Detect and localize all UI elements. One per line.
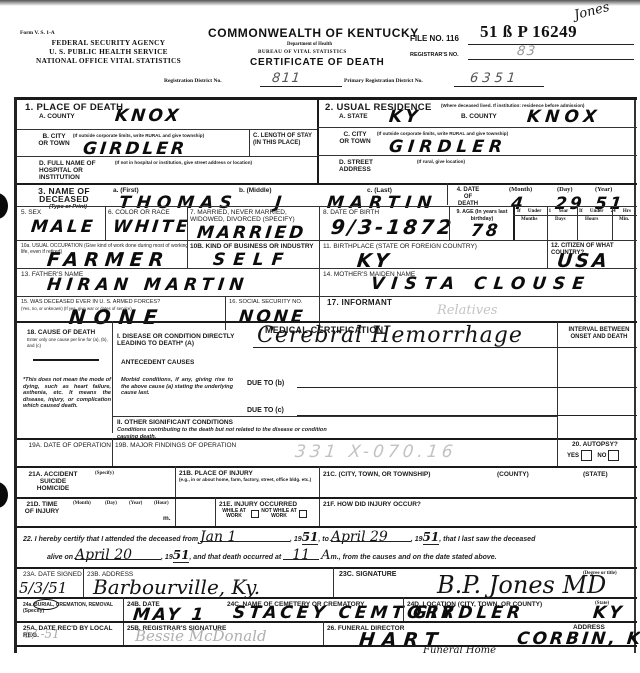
injury-city-label: 21c. (CITY, TOWN, OR TOWNSHIP) xyxy=(323,471,430,478)
agency-block: FEDERAL SECURITY AGENCY U. S. PUBLIC HEA… xyxy=(16,38,201,65)
col-divider xyxy=(403,597,404,621)
autopsy-yes-label: YES xyxy=(567,453,579,459)
form-header: Form V. S. 1-A FEDERAL SECURITY AGENCY U… xyxy=(14,26,634,96)
not-while-at-work-label: NOT WHILE AT WORK xyxy=(261,509,297,519)
antecedent-label: ANTECEDENT CAUSES xyxy=(121,359,194,366)
pod-institution-note: (If not in hospital or institution, give… xyxy=(115,160,313,166)
registrar-no-label: REGISTRAR'S NO. xyxy=(410,52,459,58)
col-divider xyxy=(187,240,188,268)
attest-text: 22. I hereby certify that I attended the… xyxy=(23,536,198,543)
place-of-injury-note: (e.g., in or about home, farm, factory, … xyxy=(179,477,319,483)
file-no-line xyxy=(468,44,634,45)
rule xyxy=(17,567,637,569)
other-conditions-label: II. OTHER SIGNIFICANT CONDITIONS xyxy=(117,419,233,426)
primary-district-value: 6351 xyxy=(469,71,520,86)
rule xyxy=(317,127,637,128)
date-recd-value: 5/ -51 xyxy=(25,627,60,641)
months-label: Months xyxy=(521,217,537,222)
col-divider xyxy=(225,296,226,330)
form-id: Form V. S. 1-A xyxy=(20,30,55,36)
informant-label: 17. INFORMANT xyxy=(327,298,392,308)
rule xyxy=(513,215,637,216)
primary-district-line xyxy=(454,86,544,87)
attest-text: m., from the causes and on the date stat… xyxy=(331,554,497,561)
res-street-note: (If rural, give location) xyxy=(417,159,465,165)
col-divider xyxy=(323,621,324,645)
col-divider xyxy=(557,438,558,466)
reg-district-line xyxy=(260,86,342,87)
op-findings-label: 19b. MAJOR FINDINGS OF OPERATION xyxy=(115,442,236,449)
attest-from-year: 51 xyxy=(302,530,319,545)
pod-institution-label: d. FULL NAME OF HOSPITAL OR INSTITUTION xyxy=(39,160,113,181)
how-injury-label: 21f. HOW DID INJURY OCCUR? xyxy=(323,501,421,508)
injury-state-label: (STATE) xyxy=(583,471,608,478)
name-note: (Type or Print) xyxy=(49,204,87,211)
rule xyxy=(17,240,637,241)
registrar-sig-value: Bessie McDonald xyxy=(135,627,267,645)
rule xyxy=(17,597,637,599)
autopsy-no-checkbox[interactable] xyxy=(608,450,619,461)
agency-line: FEDERAL SECURITY AGENCY xyxy=(16,38,201,47)
rule xyxy=(17,156,317,157)
hole-punch-bottom xyxy=(0,482,8,508)
pod-city-label: b. CITY OR TOWN xyxy=(37,133,71,147)
accident-label: 21a. ACCIDENT SUICIDE HOMICIDE xyxy=(23,471,83,492)
cause-footnote: *This does not mean the mode of dying, s… xyxy=(23,377,111,410)
cause-note: Enter only one cause per line for (a), (… xyxy=(27,337,111,349)
name-label: 3. NAME OF DECEASED xyxy=(25,187,103,203)
col-divider xyxy=(319,466,320,526)
res-state-label: a. STATE xyxy=(339,113,368,120)
not-while-at-work-checkbox[interactable] xyxy=(299,510,307,518)
attest-alive-year: 51 xyxy=(173,548,190,563)
morbid-note: Morbid conditions, if any, giving rise t… xyxy=(121,377,233,397)
res-city-label: c. CITY OR TOWN xyxy=(339,131,371,145)
rule xyxy=(17,183,637,185)
location-state-value: KY xyxy=(592,603,626,623)
place-of-injury-label: 21b. PLACE OF INJURY xyxy=(179,470,253,477)
marital-label: 7. MARRIED, NEVER MARRIED, WIDOWED, DIVO… xyxy=(190,209,318,223)
attest-alive-year-prefix: , 19 xyxy=(161,554,173,561)
cause-label: 18. CAUSE OF DEATH xyxy=(27,329,95,336)
armed-value: NONE xyxy=(68,305,167,329)
dod-label: 4. DATE OF DEATH xyxy=(453,187,483,208)
sex-label: 5. SEX xyxy=(21,209,41,216)
rule xyxy=(112,416,557,417)
place-of-death-label: 1. PLACE OF DEATH xyxy=(25,103,123,113)
col-divider xyxy=(187,206,188,240)
col-divider xyxy=(249,129,250,156)
days-label: Days xyxy=(555,217,566,222)
father-value: HIRAN MARTIN xyxy=(46,275,250,295)
op-code-value: 331 X-070.16 xyxy=(294,442,458,462)
dob-value: 9/3-1872 xyxy=(330,215,456,239)
autopsy-no-label: NO xyxy=(597,453,606,459)
primary-district-label: Primary Registration District No. xyxy=(344,78,423,84)
col-divider xyxy=(215,497,216,526)
pod-length-label: c. LENGTH OF STAY (in this place) xyxy=(253,133,315,147)
injury-year-label: (Year) xyxy=(129,501,142,507)
col-divider xyxy=(513,206,515,240)
attest-line-2: alive on April 20, 1951, and that death … xyxy=(47,552,497,562)
signature-label: 23c. SIGNATURE xyxy=(339,571,396,578)
attest-to-year: 51 xyxy=(423,530,440,545)
col-divider xyxy=(112,438,113,466)
pod-county-value: KNOX xyxy=(114,106,182,126)
injury-work-options: WHILE AT WORK NOT WHILE AT WORK xyxy=(219,509,307,519)
attest-alive-date: April 20 xyxy=(75,552,161,560)
dod-year-label: (Year) xyxy=(595,186,612,193)
rule xyxy=(17,296,637,297)
rule xyxy=(17,129,317,130)
rule xyxy=(33,359,99,361)
attest-to-date: April 29 xyxy=(331,534,411,542)
res-street-label: d. STREET ADDRESS xyxy=(339,159,379,173)
state-title: COMMONWEALTH OF KENTUCKY xyxy=(208,26,419,40)
attest-to-year-prefix: , 19 xyxy=(411,536,423,543)
attest-line-1: 22. I hereby certify that I attended the… xyxy=(23,534,535,544)
autopsy-label: 20. AUTOPSY? xyxy=(572,441,618,448)
col-divider xyxy=(612,206,613,240)
injury-m-label: m. xyxy=(163,515,171,522)
attest-to-label: , to xyxy=(318,536,329,543)
hole-punch-top xyxy=(0,193,8,219)
file-no-value: 51 ß P 16249 xyxy=(480,22,577,42)
agency-line: U. S. PUBLIC HEALTH SERVICE xyxy=(16,47,201,56)
scan-edge xyxy=(0,0,640,6)
certificate-title: CERTIFICATE OF DEATH xyxy=(250,57,385,68)
file-no-label: FILE NO. 116 xyxy=(410,34,459,43)
col-divider xyxy=(547,240,548,268)
hours-label: Hours xyxy=(585,217,598,222)
injury-month-label: (Month) xyxy=(73,501,91,507)
bureau: BUREAU OF VITAL STATISTICS xyxy=(258,49,347,55)
col-divider xyxy=(449,206,450,240)
due-b-line xyxy=(297,387,637,388)
col-divider xyxy=(319,240,320,330)
location-value: GIRDLER xyxy=(412,603,525,623)
injury-day-label: (Day) xyxy=(105,501,117,507)
registrar-no-line xyxy=(468,59,634,60)
injury-occurred-label: 21e. INJURY OCCURRED xyxy=(219,501,297,508)
col-divider xyxy=(83,567,84,597)
interval-label: INTERVAL BETWEEN ONSET AND DEATH xyxy=(563,327,635,341)
col-divider xyxy=(319,206,320,240)
mother-value: VISTA CLOUSE xyxy=(370,274,592,294)
res-county-value: KNOX xyxy=(526,107,602,127)
physician-signature: B.P. Jones MD xyxy=(437,571,606,599)
dod-day-label: (Day) xyxy=(557,186,573,193)
sex-value: MALE xyxy=(30,217,97,237)
accident-specify: (Specify) xyxy=(95,471,114,477)
col-divider xyxy=(105,206,106,240)
rule xyxy=(17,466,637,468)
burial-circle xyxy=(33,599,59,610)
col-divider xyxy=(447,183,448,205)
date-signed-label: 23a. DATE SIGNED xyxy=(23,571,82,578)
form-frame: 1. PLACE OF DEATH a. COUNTY KNOX b. CITY… xyxy=(14,97,636,653)
attest-ampm: A xyxy=(321,548,330,563)
agency-line: NATIONAL OFFICE VITAL STATISTICS xyxy=(16,56,201,65)
business-label: 10b. KIND OF BUSINESS OR INDUSTRY xyxy=(190,243,318,250)
while-at-work-checkbox[interactable] xyxy=(251,510,259,518)
business-value: SELF xyxy=(212,250,292,270)
rule xyxy=(17,438,637,440)
reg-district-label: Registration District No. xyxy=(164,78,222,84)
attest-text: , and that death occurred at xyxy=(189,554,281,561)
rule xyxy=(17,497,637,499)
rule xyxy=(17,526,637,528)
ssn-label: 16. SOCIAL SECURITY NO. xyxy=(229,299,319,306)
pod-county-label: a. COUNTY xyxy=(39,113,75,120)
col-divider xyxy=(557,321,558,455)
attest-text: , that I last saw the deceased xyxy=(439,536,535,543)
while-at-work-label: WHILE AT WORK xyxy=(219,509,249,519)
col-divider xyxy=(577,206,578,240)
cause-a-value: Cerebral Hemorrhage xyxy=(257,323,523,348)
rule xyxy=(17,206,637,207)
race-value: WHITE xyxy=(112,217,192,237)
injury-hour-label: (Hour) xyxy=(154,501,169,507)
age-value: 78 xyxy=(470,221,502,241)
res-state-value: KY xyxy=(388,107,422,127)
attest-from-year-prefix: , 19 xyxy=(290,536,302,543)
rule xyxy=(17,97,637,100)
department: Department of Health xyxy=(287,42,332,47)
due-b-label: DUE TO (b) xyxy=(247,380,284,387)
date-signed-value: 5/3/51 xyxy=(19,579,67,597)
under-day-label: If Under 24 Hrs xyxy=(579,209,637,214)
res-county-label: b. COUNTY xyxy=(461,113,497,120)
col-divider xyxy=(333,567,334,597)
col-divider xyxy=(547,206,548,240)
informant-value: Relatives xyxy=(437,303,497,318)
dod-month-label: (Month) xyxy=(509,186,532,193)
middle-name-label: b. (Middle) xyxy=(239,187,272,194)
min-label: Min. xyxy=(619,217,629,222)
funeral-home-note: Funeral Home xyxy=(423,645,496,656)
race-label: 6. COLOR OR RACE xyxy=(108,209,170,216)
rule xyxy=(17,268,637,269)
op-date-label: 19a. DATE OF OPERATION xyxy=(27,442,111,449)
rule xyxy=(17,621,637,623)
col-divider xyxy=(175,466,176,526)
due-c-label: DUE TO (c) xyxy=(247,407,284,414)
reg-district-value: 811 xyxy=(271,71,302,86)
time-of-injury-label: 21d. TIME OF INJURY xyxy=(23,501,61,515)
attest-text: alive on xyxy=(47,554,73,561)
pod-city-label-text: b. CITY OR TOWN xyxy=(38,133,69,147)
autopsy-yes-checkbox[interactable] xyxy=(581,450,592,461)
registrar-no-value: 83 xyxy=(516,44,537,59)
birthplace-label: 11. BIRTHPLACE (State or foreign country… xyxy=(323,243,477,250)
col-divider xyxy=(317,97,319,183)
cause-a-line xyxy=(253,347,637,348)
autopsy-options: YES NO xyxy=(567,450,619,461)
res-city-value: GIRDLER xyxy=(388,137,508,157)
attest-from-date: Jan 1 xyxy=(200,534,290,542)
attest-death-time: 11 xyxy=(283,552,319,560)
address-value: Barbourville, Ky. xyxy=(93,575,260,599)
disease-label: I. DISEASE OR CONDITION DIRECTLY LEADING… xyxy=(117,333,252,347)
rule xyxy=(317,155,637,156)
injury-county-label: (COUNTY) xyxy=(497,471,529,478)
rule xyxy=(17,645,637,647)
